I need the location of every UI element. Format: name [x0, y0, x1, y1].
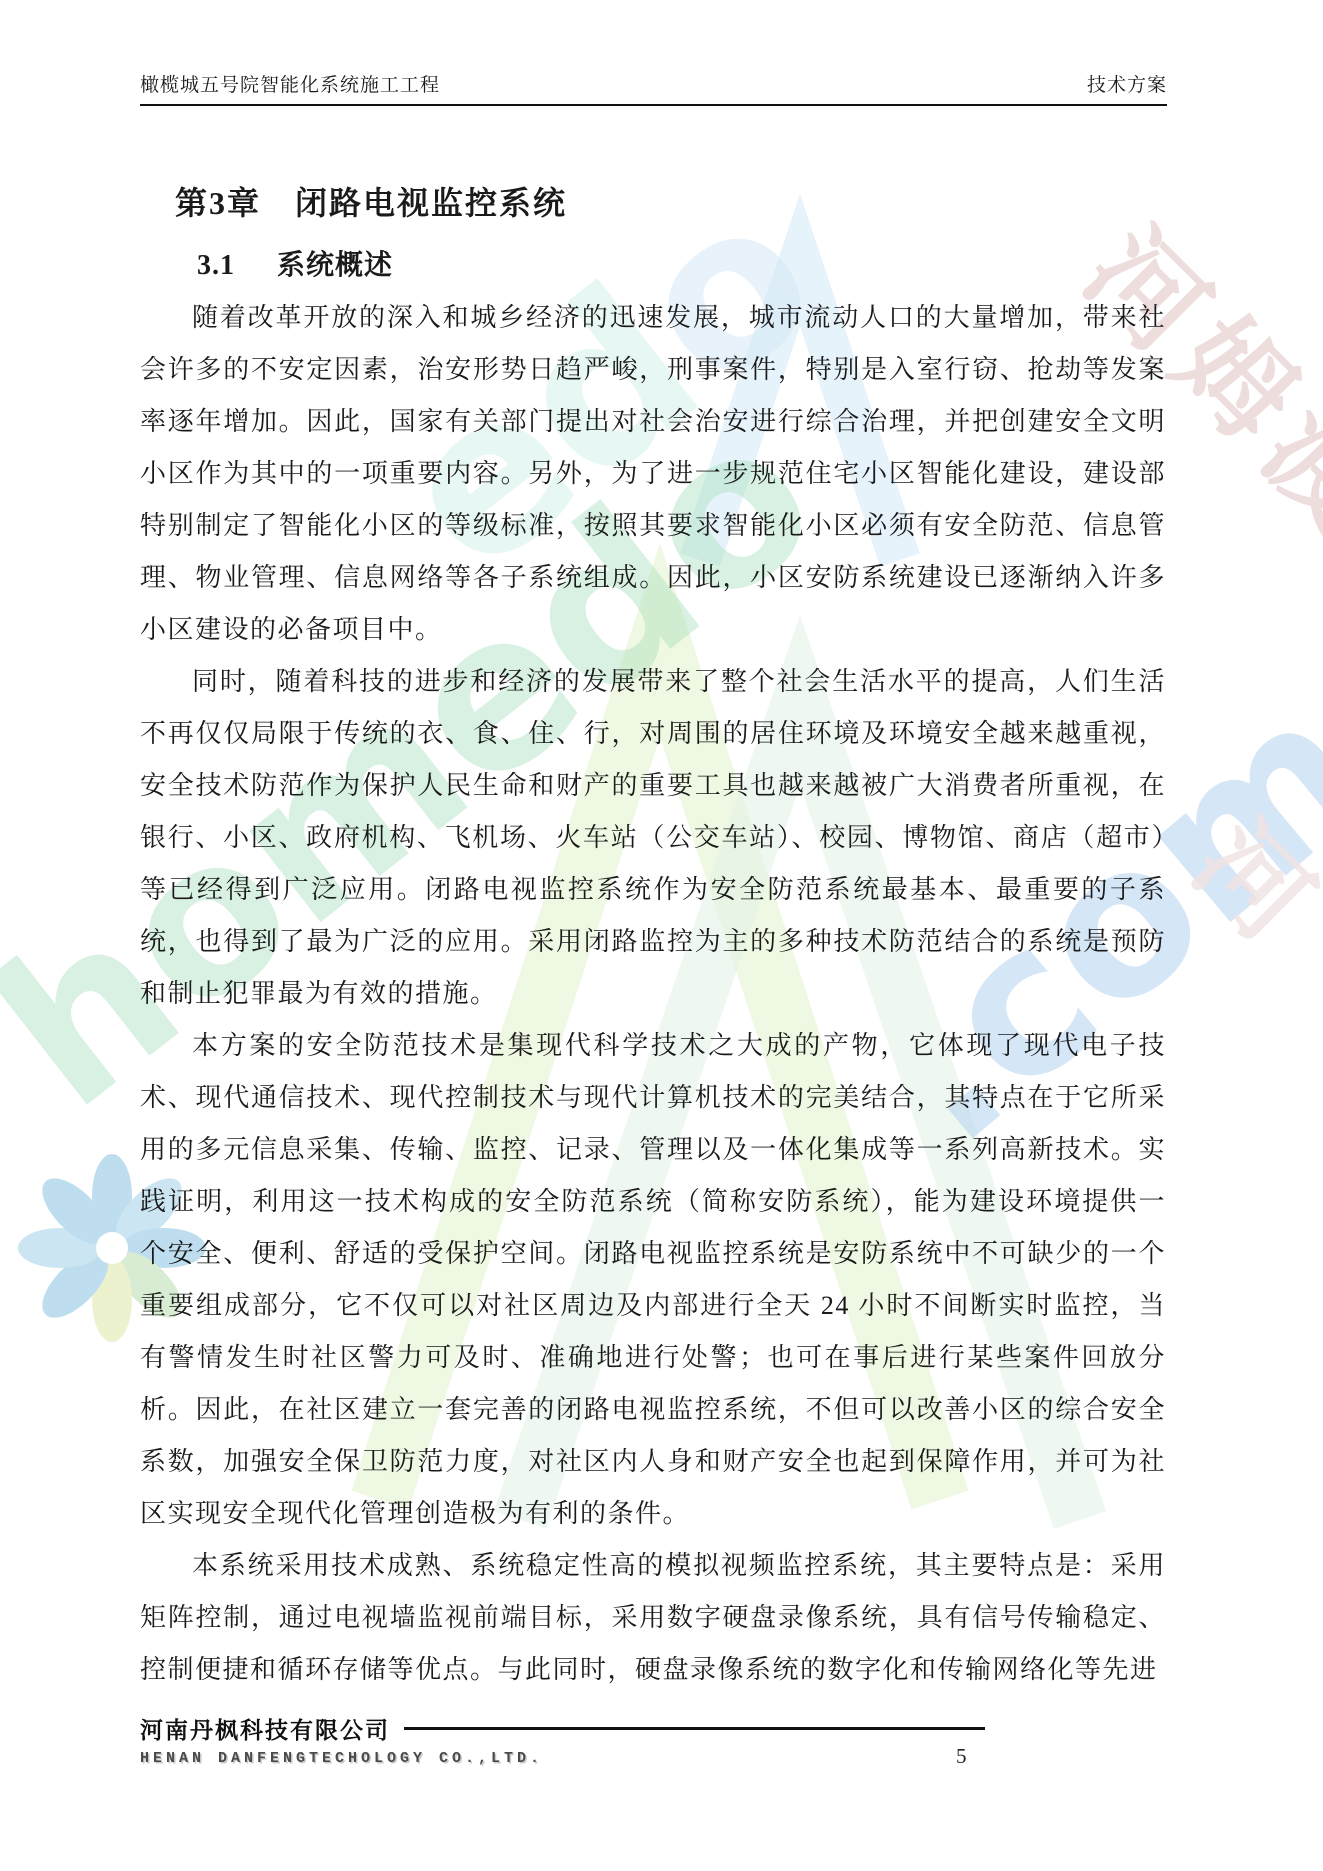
paragraph-3: 本方案的安全防范技术是集现代科学技术之大成的产物，它体现了现代电子技术、现代通信…: [140, 1020, 1166, 1540]
watermark-hemudu-pink-partial: 河: [1176, 806, 1323, 959]
page-header: 橄榄城五号院智能化系统施工工程 技术方案: [140, 70, 1167, 106]
section-number: 3.1: [197, 250, 235, 281]
document-page: edo homedo .com 河姆渡 河 橄榄城五号院智能化系统施工工程 技术…: [0, 0, 1323, 1871]
paragraph-4: 本系统采用技术成熟、系统稳定性高的模拟视频监控系统，其主要特点是：采用矩阵控制，…: [140, 1540, 1166, 1696]
section-title: 系统概述: [277, 250, 393, 281]
header-doc-type: 技术方案: [1087, 70, 1167, 97]
page-number: 5: [956, 1744, 967, 1769]
paragraph-2: 同时，随着科技的进步和经济的发展带来了整个社会生活水平的提高，人们生活不再仅仅局…: [140, 656, 1166, 1020]
chapter-heading: 第3章闭路电视监控系统: [175, 178, 567, 224]
chapter-title: 闭路电视监控系统: [295, 185, 567, 221]
document-body: 随着改革开放的深入和城乡经济的迅速发展，城市流动人口的大量增加，带来社会许多的不…: [140, 292, 1166, 1696]
paragraph-1: 随着改革开放的深入和城乡经济的迅速发展，城市流动人口的大量增加，带来社会许多的不…: [140, 292, 1166, 656]
footer-company-name-cn: 河南丹枫科技有限公司: [140, 1712, 390, 1745]
section-heading: 3.1系统概述: [197, 243, 393, 283]
header-project-title: 橄榄城五号院智能化系统施工工程: [140, 70, 440, 97]
page-footer: 河南丹枫科技有限公司 HENAN DANFENGTECHOLOGY CO.,LT…: [140, 1712, 985, 1767]
footer-rule: [404, 1727, 985, 1730]
footer-company-name-en: HENAN DANFENGTECHOLOGY CO.,LTD.: [140, 1750, 985, 1767]
chapter-number: 第3章: [175, 185, 261, 221]
